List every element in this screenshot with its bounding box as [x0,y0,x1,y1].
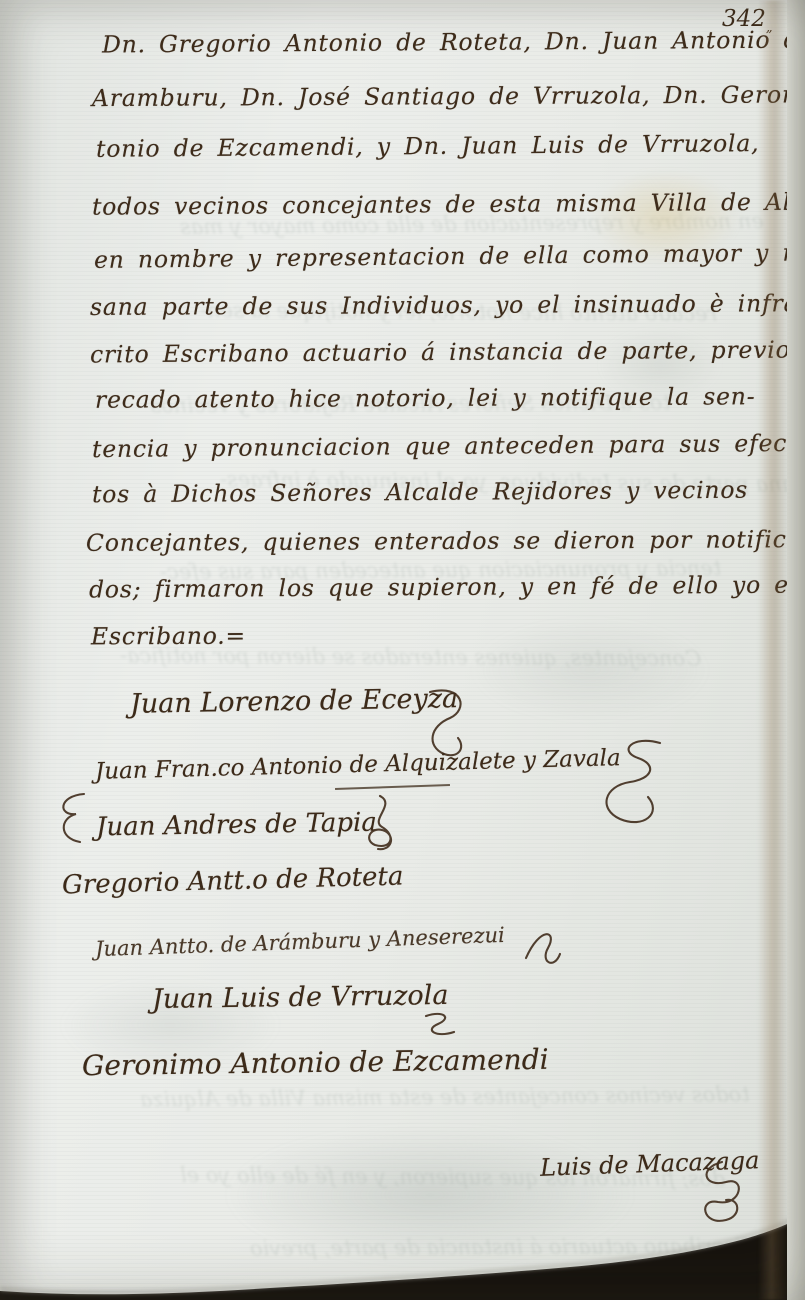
manuscript-line: dos; firmaron los que supieron, y en fé … [89,571,797,604]
manuscript-line: crito Escribano actuario á instancia de … [90,336,791,369]
ink-bleedthrough: todos vecinos concejantes de esta misma … [140,1082,750,1111]
manuscript-line: tencia y pronunciacion que anteceden par… [92,429,796,463]
paper-stain [230,1130,630,1260]
manuscript-line: Concejantes, quienes enterados se dieron… [86,525,805,557]
signature-rubric [420,1008,460,1042]
signature-aramburu: Juan Antto. de Arámburu y Aneserezui [95,923,505,961]
signature-roteta: Gregorio Antt.o de Roteta [62,862,404,901]
manuscript-line: todos vecinos concejantes de esta misma … [92,187,805,220]
paper-stain [470,620,710,720]
manuscript-line: tos à Dichos Señores Alcalde Rejidores y… [92,476,748,509]
manuscript-line: Dn. Gregorio Antonio de Roteta, Dn. Juan… [102,26,805,59]
signature-tapia: Juan Andres de Tapia [96,808,377,843]
manuscript-line: Aramburu, Dn. José Santiago de Vrruzola,… [92,80,805,112]
manuscript-line: en nombre y representacion de ella como … [94,238,805,274]
signature-urruzola: Juan Luis de Vrruzola [152,980,449,1015]
manuscript-page: en nombre y representacion de ella como … [0,0,805,1300]
ink-bleedthrough: crito Escribano actuario á instancia de … [250,1234,805,1261]
manuscript-line: recado atento hice notorio, lei y notifi… [95,382,756,413]
signature-alquizalete: Juan Fran.co Antonio de Alquizalete y Za… [95,745,621,785]
manuscript-line: sana parte de sus Individuos, yo el insi… [90,289,805,321]
signature-underline [335,784,450,790]
signature-ezcamendi: Geronimo Antonio de Ezcamendi [82,1043,549,1083]
signature-macazaga: Luis de Macazaga [540,1146,760,1182]
manuscript-line: Escribano.= [91,622,246,651]
signature-rubric [520,918,564,974]
manuscript-line: tonio de Ezcamendi, y Dn. Juan Luis de V… [96,129,760,163]
signature-eceyza: Juan Lorenzo de Eceyza [130,683,459,720]
signature-flourish [56,790,90,848]
